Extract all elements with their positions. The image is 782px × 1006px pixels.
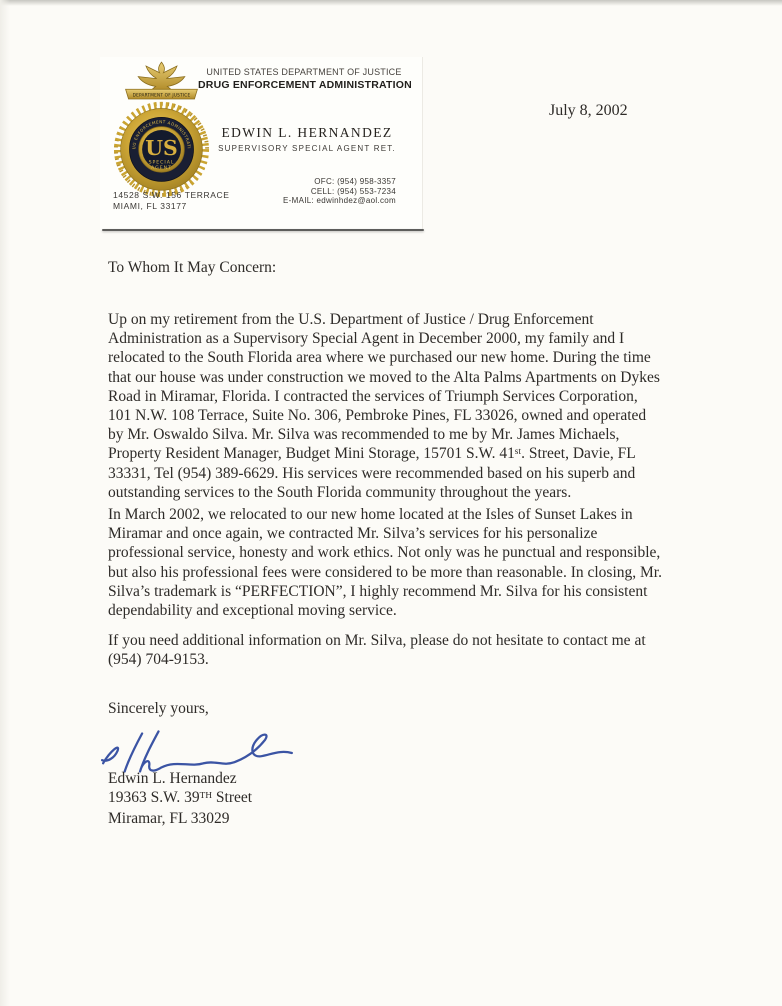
- salutation: To Whom It May Concern:: [108, 259, 276, 277]
- badge-special-text: SPECIAL: [149, 159, 175, 165]
- signer-address-line1: 19363 S.W. 39ᵀᴴ Street: [108, 789, 252, 807]
- scanned-letter-page: DEPARTMENT OF JUSTICE DRUG ENFORCEMENT A…: [0, 0, 782, 1006]
- badge-eagle-icon: [138, 62, 185, 91]
- badge-banner-text: DEPARTMENT OF JUSTICE: [133, 93, 191, 99]
- cardholder-name: EDWIN L. HERNANDEZ: [203, 125, 411, 141]
- signature-stroke: [102, 731, 292, 771]
- dea-badge-icon: DEPARTMENT OF JUSTICE DRUG ENFORCEMENT A…: [113, 59, 210, 201]
- paragraph-1: Up on my retirement from the U.S. Depart…: [108, 310, 673, 502]
- closing-line: Sincerely yours,: [108, 700, 209, 718]
- badge-agent-text: AGENT: [151, 165, 172, 171]
- agency-line2: DRUG ENFORCEMENT ADMINISTRATION: [198, 79, 410, 91]
- badge-us-text: US: [145, 136, 177, 160]
- signer-address-line2: Miramar, FL 33029: [108, 810, 230, 828]
- cardholder-block: EDWIN L. HERNANDEZ SUPERVISORY SPECIAL A…: [203, 125, 411, 153]
- letter-date: July 8, 2002: [549, 102, 628, 120]
- card-address-block: 14528 S.W. 156 TERRACE MIAMI, FL 33177: [113, 190, 230, 212]
- paragraph-2: In March 2002, we relocated to our new h…: [108, 505, 673, 620]
- agency-line1: UNITED STATES DEPARTMENT OF JUSTICE: [198, 67, 410, 77]
- card-contact-block: OFC: (954) 958-3357 CELL: (954) 553-7234…: [283, 177, 396, 206]
- paragraph-3: If you need additional information on Mr…: [108, 631, 673, 669]
- agency-name-block: UNITED STATES DEPARTMENT OF JUSTICE DRUG…: [198, 67, 410, 91]
- card-bottom-edge: [102, 229, 424, 231]
- cardholder-title: SUPERVISORY SPECIAL AGENT RET.: [203, 144, 411, 153]
- business-card: DEPARTMENT OF JUSTICE DRUG ENFORCEMENT A…: [100, 57, 423, 230]
- signer-name: Edwin L. Hernandez: [108, 770, 237, 788]
